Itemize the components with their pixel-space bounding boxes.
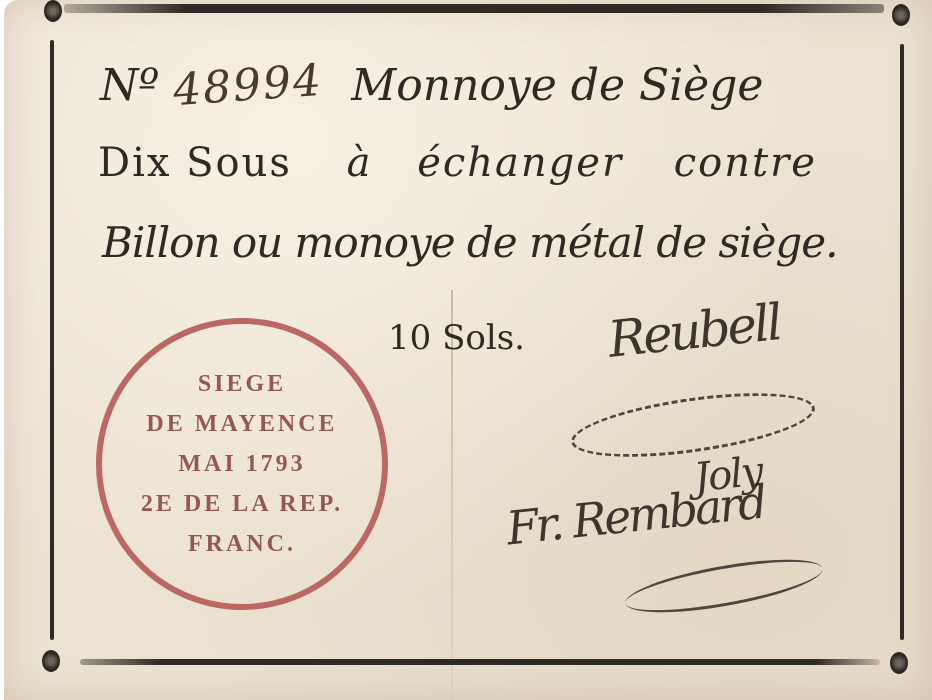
stamp-line: MAI 1793 bbox=[178, 444, 305, 484]
banknote: Nº 48994 Monnoye de Siège Dix Sous à éch… bbox=[4, 0, 932, 700]
corner-ornament-icon bbox=[892, 4, 910, 26]
signature-3: Fr. Rembard bbox=[504, 475, 767, 556]
right-border-rule bbox=[900, 44, 904, 640]
corner-ornament-icon bbox=[44, 0, 62, 22]
bottom-border-rule bbox=[80, 659, 880, 665]
heading-line-1: Nº 48994 Monnoye de Siège bbox=[100, 60, 763, 111]
denomination: 10 Sols. bbox=[388, 318, 525, 358]
stamp-line: SIEGE bbox=[198, 364, 286, 404]
corner-ornament-icon bbox=[890, 652, 908, 674]
signature-1: Reubell bbox=[605, 293, 782, 369]
signature-flourish bbox=[622, 549, 826, 623]
stamp-line: FRANC. bbox=[188, 524, 296, 564]
text-echanger: échanger bbox=[417, 140, 623, 186]
heading-line-3: Billon ou monoye de métal de siège. bbox=[102, 218, 837, 267]
corner-ornament-icon bbox=[42, 650, 60, 672]
issuer-title: Monnoye de Siège bbox=[351, 60, 763, 111]
heading-line-2: Dix Sous à échanger contre bbox=[98, 140, 817, 186]
numero-label: Nº bbox=[100, 60, 159, 111]
text-a: à bbox=[347, 140, 373, 186]
stamp-line: 2E DE LA REP. bbox=[141, 484, 343, 524]
top-border-rule bbox=[64, 4, 884, 13]
left-border-rule bbox=[50, 40, 54, 640]
siege-stamp: SIEGE DE MAYENCE MAI 1793 2E DE LA REP. … bbox=[96, 318, 388, 610]
stamp-line: DE MAYENCE bbox=[146, 404, 337, 444]
serial-number: 48994 bbox=[172, 55, 325, 116]
text-contre: contre bbox=[674, 140, 817, 186]
value-words: Dix Sous bbox=[98, 140, 292, 186]
